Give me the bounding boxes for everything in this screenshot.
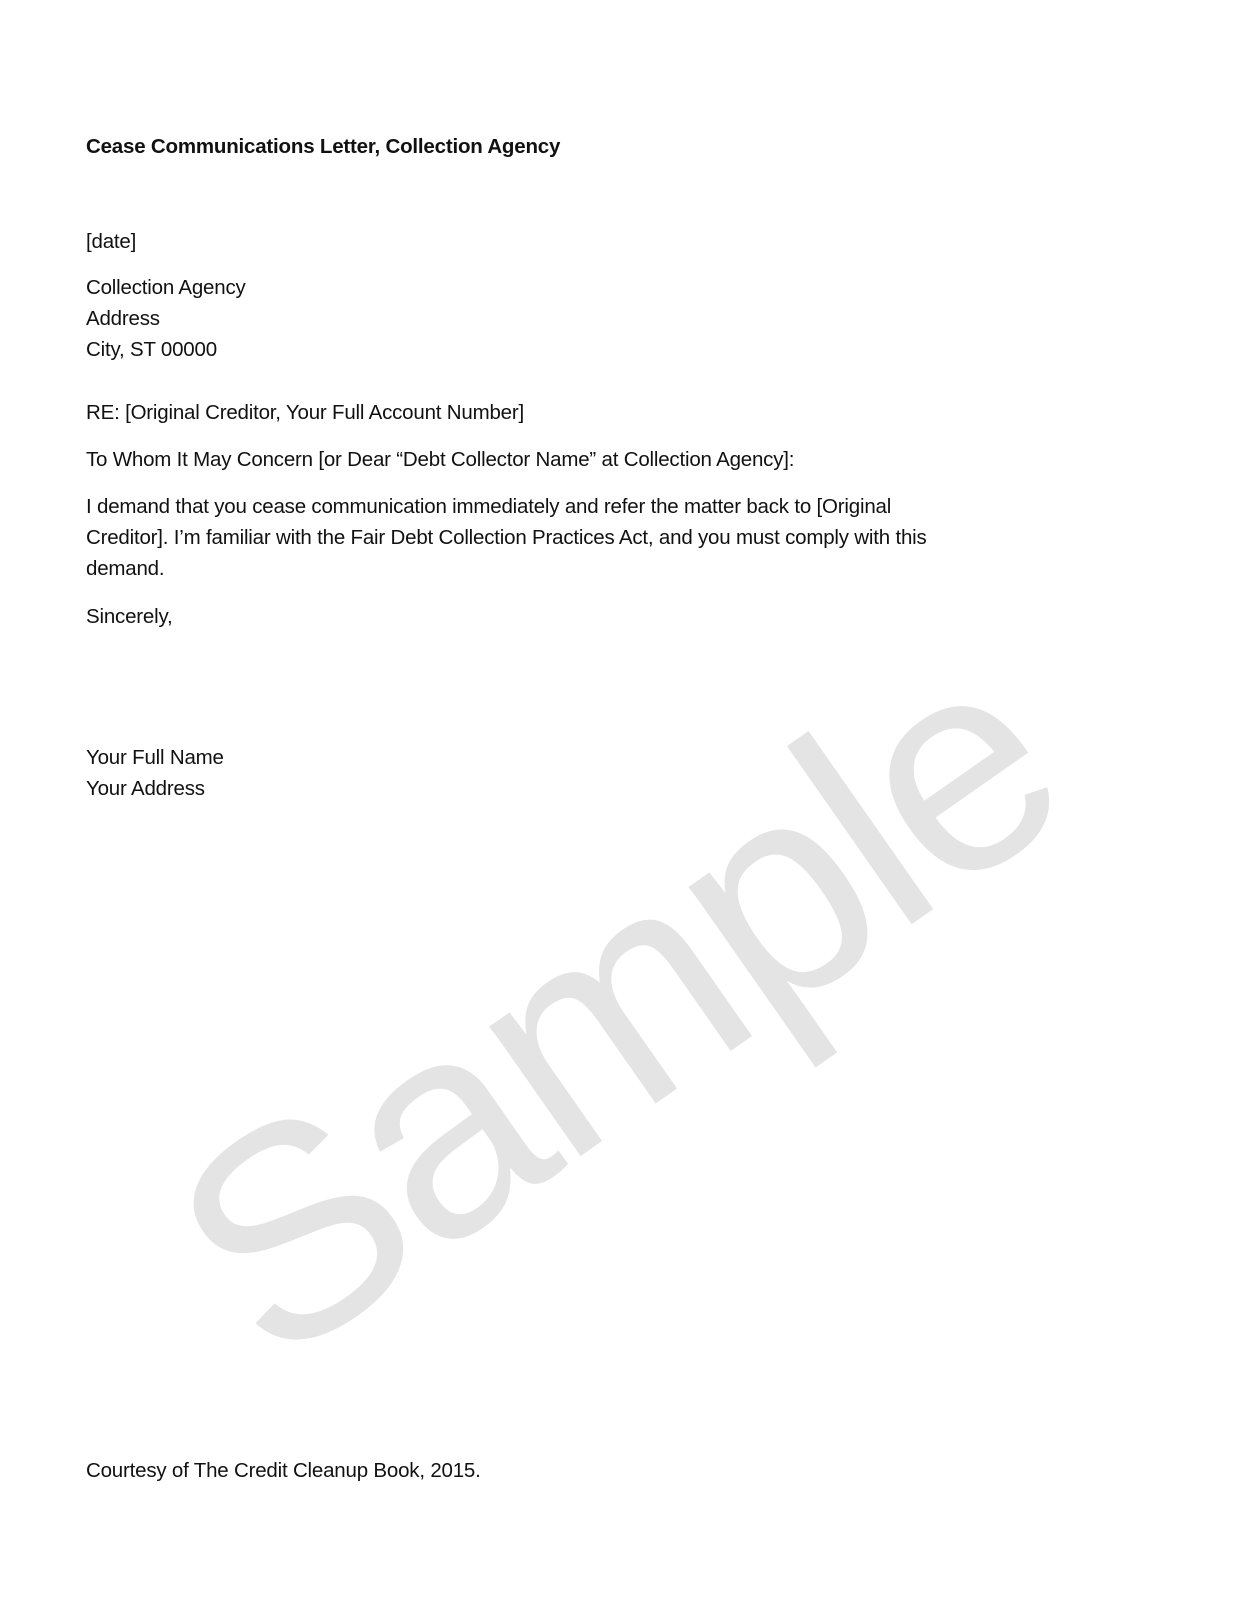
sample-watermark: Sample bbox=[127, 601, 1103, 1410]
signature-block: Your Full Name Your Address bbox=[86, 742, 224, 804]
footer-credit: Courtesy of The Credit Cleanup Book, 201… bbox=[86, 1455, 481, 1486]
recipient-city-state-zip: City, ST 00000 bbox=[86, 334, 246, 365]
signature-name: Your Full Name bbox=[86, 742, 224, 773]
body-line: Creditor]. I’m familiar with the Fair De… bbox=[86, 522, 1046, 553]
recipient-address-block: Collection Agency Address City, ST 00000 bbox=[86, 272, 246, 365]
body-line: demand. bbox=[86, 553, 1046, 584]
letter-body: I demand that you cease communication im… bbox=[86, 491, 1046, 584]
date-placeholder: [date] bbox=[86, 226, 136, 257]
signature-address: Your Address bbox=[86, 773, 224, 804]
closing: Sincerely, bbox=[86, 601, 173, 632]
letter-page: Sample Cease Communications Letter, Coll… bbox=[0, 0, 1237, 1601]
body-line: I demand that you cease communication im… bbox=[86, 491, 1046, 522]
re-line: RE: [Original Creditor, Your Full Accoun… bbox=[86, 397, 524, 428]
salutation: To Whom It May Concern [or Dear “Debt Co… bbox=[86, 444, 794, 475]
recipient-name: Collection Agency bbox=[86, 272, 246, 303]
document-title: Cease Communications Letter, Collection … bbox=[86, 131, 560, 162]
recipient-address: Address bbox=[86, 303, 246, 334]
